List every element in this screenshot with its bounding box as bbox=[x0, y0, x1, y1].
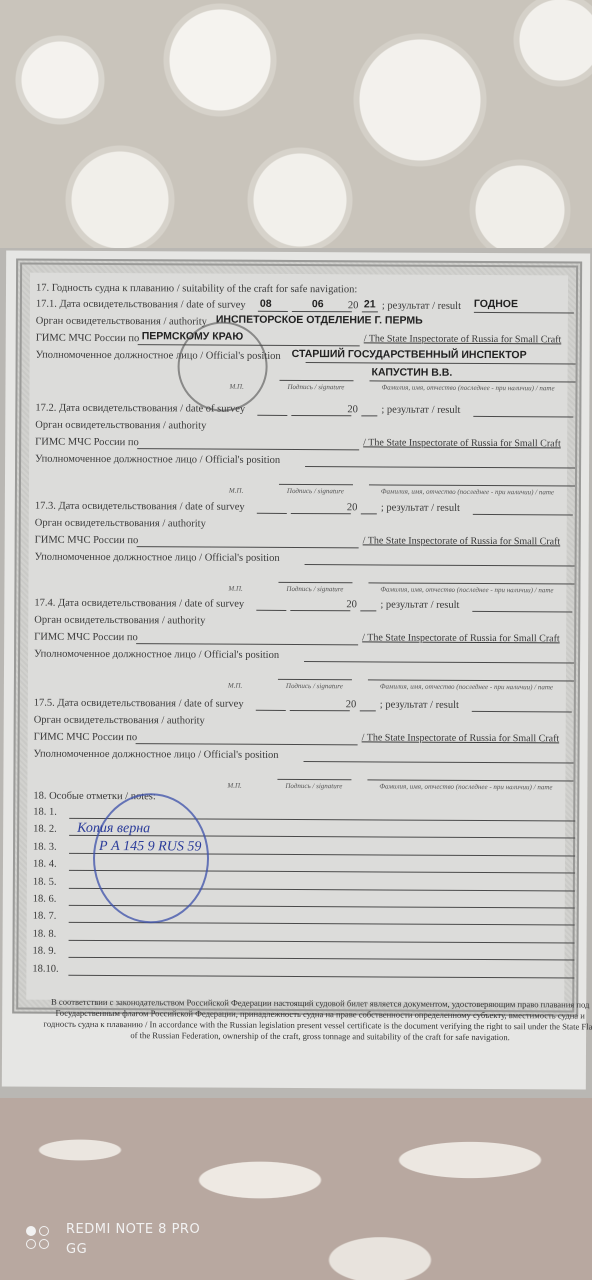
underline bbox=[306, 362, 576, 364]
underline bbox=[137, 448, 359, 450]
notes-line-label: 18. 2. bbox=[33, 824, 57, 835]
underline bbox=[291, 513, 351, 514]
name-caption: Фамилия, имя, отчество (последнее - при … bbox=[380, 682, 553, 691]
underline bbox=[137, 546, 359, 548]
underline bbox=[370, 380, 576, 382]
underline bbox=[362, 311, 378, 312]
survey-year-suffix: 21 bbox=[364, 298, 376, 310]
name-caption: Фамилия, имя, отчество (последнее - при … bbox=[379, 782, 552, 791]
mp-label: М.П. bbox=[229, 487, 243, 495]
mp-label: М.П. bbox=[228, 585, 242, 593]
signature-caption: Подпись / signature bbox=[287, 487, 344, 495]
authority-label: Орган освидетельствования / authority bbox=[34, 715, 205, 727]
underline bbox=[278, 679, 352, 680]
name-caption: Фамилия, имя, отчество (последнее - при … bbox=[381, 383, 554, 392]
signature-caption: Подпись / signature bbox=[285, 782, 342, 790]
notes-line-label: 18. 3. bbox=[33, 841, 57, 852]
underline bbox=[472, 711, 572, 713]
survey-year-prefix: 20 bbox=[347, 502, 358, 513]
underline bbox=[361, 513, 377, 514]
underline bbox=[290, 710, 350, 711]
underline bbox=[136, 743, 358, 745]
survey-month: 06 bbox=[312, 298, 324, 310]
notes-line-label: 18. 1. bbox=[33, 807, 57, 818]
gims-label: ГИМС МЧС России по bbox=[34, 732, 138, 744]
mp-label: М.П. bbox=[228, 682, 242, 690]
camera-watermark-device: REDMI NOTE 8 PRO bbox=[66, 1222, 200, 1237]
underline bbox=[290, 610, 350, 611]
survey-year-prefix: 20 bbox=[347, 404, 358, 415]
decorative-frame: 17. Годность судна к плаванию / suitabil… bbox=[12, 259, 582, 1017]
underline bbox=[473, 416, 573, 418]
underline bbox=[305, 564, 575, 566]
underline bbox=[257, 513, 287, 514]
official-position-label: Уполномоченное должностное лицо / Offici… bbox=[35, 454, 280, 466]
inspectorate-label: / The State Inspectorate of Russia for S… bbox=[363, 437, 561, 449]
notes-line-label: 18. 9. bbox=[32, 946, 56, 957]
notes-line-label: 18. 5. bbox=[33, 876, 57, 887]
underline bbox=[278, 582, 352, 583]
survey-year-prefix: 20 bbox=[348, 300, 359, 311]
underline bbox=[279, 484, 353, 485]
inspectorate-label: / The State Inspectorate of Russia for S… bbox=[364, 333, 562, 345]
official-name-value: КАПУСТИН В.В. bbox=[372, 366, 453, 378]
official-seal-stamp bbox=[177, 321, 267, 411]
lace-tablecloth-bottom bbox=[0, 1090, 592, 1280]
certificate-legal-footer: В соответствии с законодательством Росси… bbox=[42, 997, 592, 1044]
official-position-label: Уполномоченное должностное лицо / Offici… bbox=[34, 649, 279, 661]
result-label: ; результат / result bbox=[381, 502, 460, 513]
underline bbox=[360, 710, 376, 711]
notes-line-label: 18. 4. bbox=[33, 859, 57, 870]
survey-day: 08 bbox=[260, 298, 272, 310]
official-position-label: Уполномоченное должностное лицо / Offici… bbox=[35, 552, 280, 564]
notes-line bbox=[69, 940, 575, 944]
inspectorate-label: / The State Inspectorate of Russia for S… bbox=[362, 732, 560, 744]
survey-date-label: 17.1. Дата освидетельствования / date of… bbox=[36, 299, 246, 311]
survey-date-label: 17.5. Дата освидетельствования / date of… bbox=[34, 698, 244, 710]
mp-label: М.П. bbox=[227, 782, 241, 790]
authority-label: Орган освидетельствования / authority bbox=[34, 615, 205, 627]
result-label: ; результат / result bbox=[380, 699, 459, 710]
gims-label: ГИМС МЧС России по bbox=[34, 632, 138, 644]
underline bbox=[256, 710, 286, 711]
name-caption: Фамилия, имя, отчество (последнее - при … bbox=[381, 487, 554, 496]
result-label: ; результат / result bbox=[380, 599, 459, 610]
camera-watermark-sub: GG bbox=[66, 1242, 87, 1257]
camera-brand-icon bbox=[26, 1226, 52, 1252]
underline bbox=[472, 611, 572, 613]
notes-line-label: 18. 6. bbox=[33, 894, 57, 905]
signature-caption: Подпись / signature bbox=[286, 585, 343, 593]
certificate-page: 17. Годность судна к плаванию / suitabil… bbox=[2, 250, 590, 1089]
underline bbox=[304, 661, 574, 663]
handwritten-copy-certified: Копия верна bbox=[77, 821, 150, 837]
signature-caption: Подпись / signature bbox=[287, 383, 344, 391]
notes-line-label: 18.10. bbox=[32, 963, 58, 974]
gims-label: ГИМС МЧС России по bbox=[35, 437, 139, 449]
authority-label: Орган освидетельствования / authority bbox=[36, 316, 207, 328]
underline bbox=[360, 610, 376, 611]
underline bbox=[368, 582, 574, 584]
section-17-title: 17. Годность судна к плаванию / suitabil… bbox=[36, 283, 357, 296]
survey-year-prefix: 20 bbox=[346, 599, 357, 610]
notes-line-label: 18. 7. bbox=[33, 911, 57, 922]
survey-date-label: 17.3. Дата освидетельствования / date of… bbox=[35, 501, 245, 513]
survey-result-value: ГОДНОЕ bbox=[474, 298, 518, 310]
underline bbox=[280, 380, 354, 381]
result-label: ; результат / result bbox=[381, 404, 460, 415]
underline bbox=[361, 415, 377, 416]
inspectorate-label: / The State Inspectorate of Russia for S… bbox=[363, 535, 561, 547]
notes-line-label: 18. 8. bbox=[33, 928, 57, 939]
gims-label: ГИМС МЧС России по bbox=[36, 333, 140, 345]
certified-copy-stamp bbox=[93, 793, 210, 924]
authority-label: Орган освидетельствования / authority bbox=[35, 420, 206, 432]
underline bbox=[277, 779, 351, 780]
authority-value: ИНСПЕТОРСКОЕ ОТДЕЛЕНИЕ Г. ПЕРМЬ bbox=[216, 314, 423, 327]
result-label: ; результат / result bbox=[382, 300, 461, 311]
underline bbox=[291, 415, 351, 416]
notes-line bbox=[68, 974, 574, 978]
underline bbox=[257, 415, 287, 416]
underline bbox=[368, 679, 574, 681]
official-position-label: Уполномоченное должностное лицо / Offici… bbox=[34, 749, 279, 761]
name-caption: Фамилия, имя, отчество (последнее - при … bbox=[380, 585, 553, 594]
authority-label: Орган освидетельствования / authority bbox=[35, 518, 206, 530]
signature-caption: Подпись / signature bbox=[286, 682, 343, 690]
underline bbox=[292, 311, 352, 312]
underline bbox=[305, 466, 575, 468]
inspectorate-label: / The State Inspectorate of Russia for S… bbox=[362, 632, 560, 644]
notes-line bbox=[68, 957, 574, 961]
underline bbox=[473, 514, 573, 516]
underline bbox=[369, 484, 575, 486]
underline bbox=[258, 311, 288, 312]
underline bbox=[474, 312, 574, 314]
handwritten-registration-number: Р А 145 9 RUS 59 bbox=[99, 839, 201, 856]
survey-year-prefix: 20 bbox=[346, 699, 357, 710]
underline bbox=[304, 761, 574, 763]
gims-label: ГИМС МЧС России по bbox=[35, 535, 139, 547]
underline bbox=[367, 779, 573, 781]
survey-date-label: 17.4. Дата освидетельствования / date of… bbox=[34, 598, 244, 610]
certificate-body: 17. Годность судна к плаванию / suitabil… bbox=[26, 273, 568, 1003]
official-position-value: СТАРШИЙ ГОСУДАРСТВЕННЫЙ ИНСПЕКТОР bbox=[292, 348, 527, 361]
underline bbox=[256, 610, 286, 611]
underline bbox=[136, 643, 358, 645]
